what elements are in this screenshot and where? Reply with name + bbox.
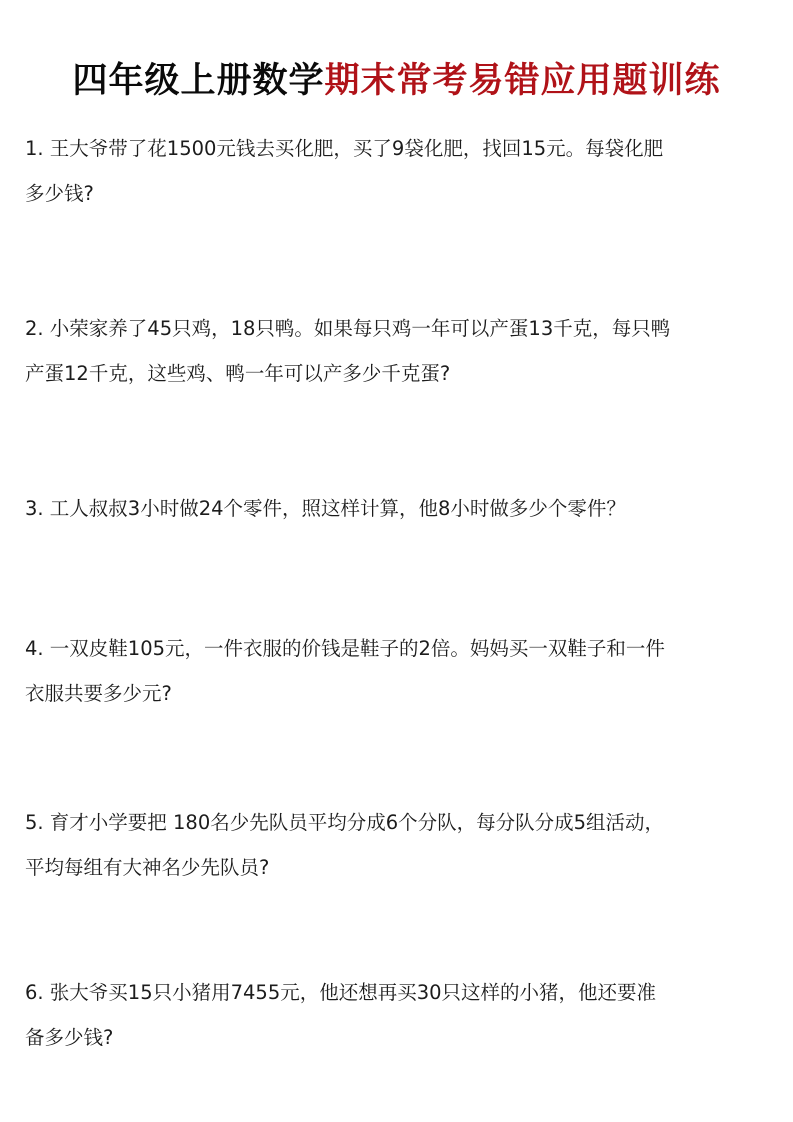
question-3: 3. 工人叔叔3小时做24个零件，照这样计算，他8小时做多少个零件？: [25, 486, 777, 531]
question-2: 2. 小荣家养了45只鸡，18只鸭。如果每只鸡一年可以产蛋13千克，每只鸭 产蛋…: [25, 306, 777, 396]
question-5: 5. 育才小学要把 180名少先队员平均分成6个分队，每分队分成5组活动， 平均…: [25, 800, 777, 890]
question-6: 6. 张大爷买15只小猪用7455元，他还想再买30只这样的小猪，他还要准 备多…: [25, 970, 777, 1060]
question-line: 1. 王大爷带了花1500元钱去买化肥，买了9袋化肥，找回15元。每袋化肥: [25, 126, 777, 171]
page-title: 四年级上册数学期末常考易错应用题训练: [0, 56, 793, 106]
question-line: 6. 张大爷买15只小猪用7455元，他还想再买30只这样的小猪，他还要准: [25, 970, 777, 1015]
question-4: 4. 一双皮鞋105元，一件衣服的价钱是鞋子的2倍。妈妈买一双鞋子和一件 衣服共…: [25, 626, 777, 716]
title-black-part: 四年级上册数学: [72, 61, 324, 101]
question-line: 平均每组有大神名少先队员?: [25, 845, 777, 890]
title-red-part: 期末常考易错应用题训练: [325, 61, 721, 101]
question-line: 2. 小荣家养了45只鸡，18只鸭。如果每只鸡一年可以产蛋13千克，每只鸭: [25, 306, 777, 351]
question-line: 3. 工人叔叔3小时做24个零件，照这样计算，他8小时做多少个零件？: [25, 486, 777, 531]
question-line: 多少钱?: [25, 171, 777, 216]
question-line: 4. 一双皮鞋105元，一件衣服的价钱是鞋子的2倍。妈妈买一双鞋子和一件: [25, 626, 777, 671]
question-line: 产蛋12千克，这些鸡、鸭一年可以产多少千克蛋?: [25, 351, 777, 396]
question-1: 1. 王大爷带了花1500元钱去买化肥，买了9袋化肥，找回15元。每袋化肥 多少…: [25, 126, 777, 216]
question-line: 衣服共要多少元?: [25, 671, 777, 716]
question-line: 5. 育才小学要把 180名少先队员平均分成6个分队，每分队分成5组活动，: [25, 800, 777, 845]
question-line: 备多少钱?: [25, 1015, 777, 1060]
